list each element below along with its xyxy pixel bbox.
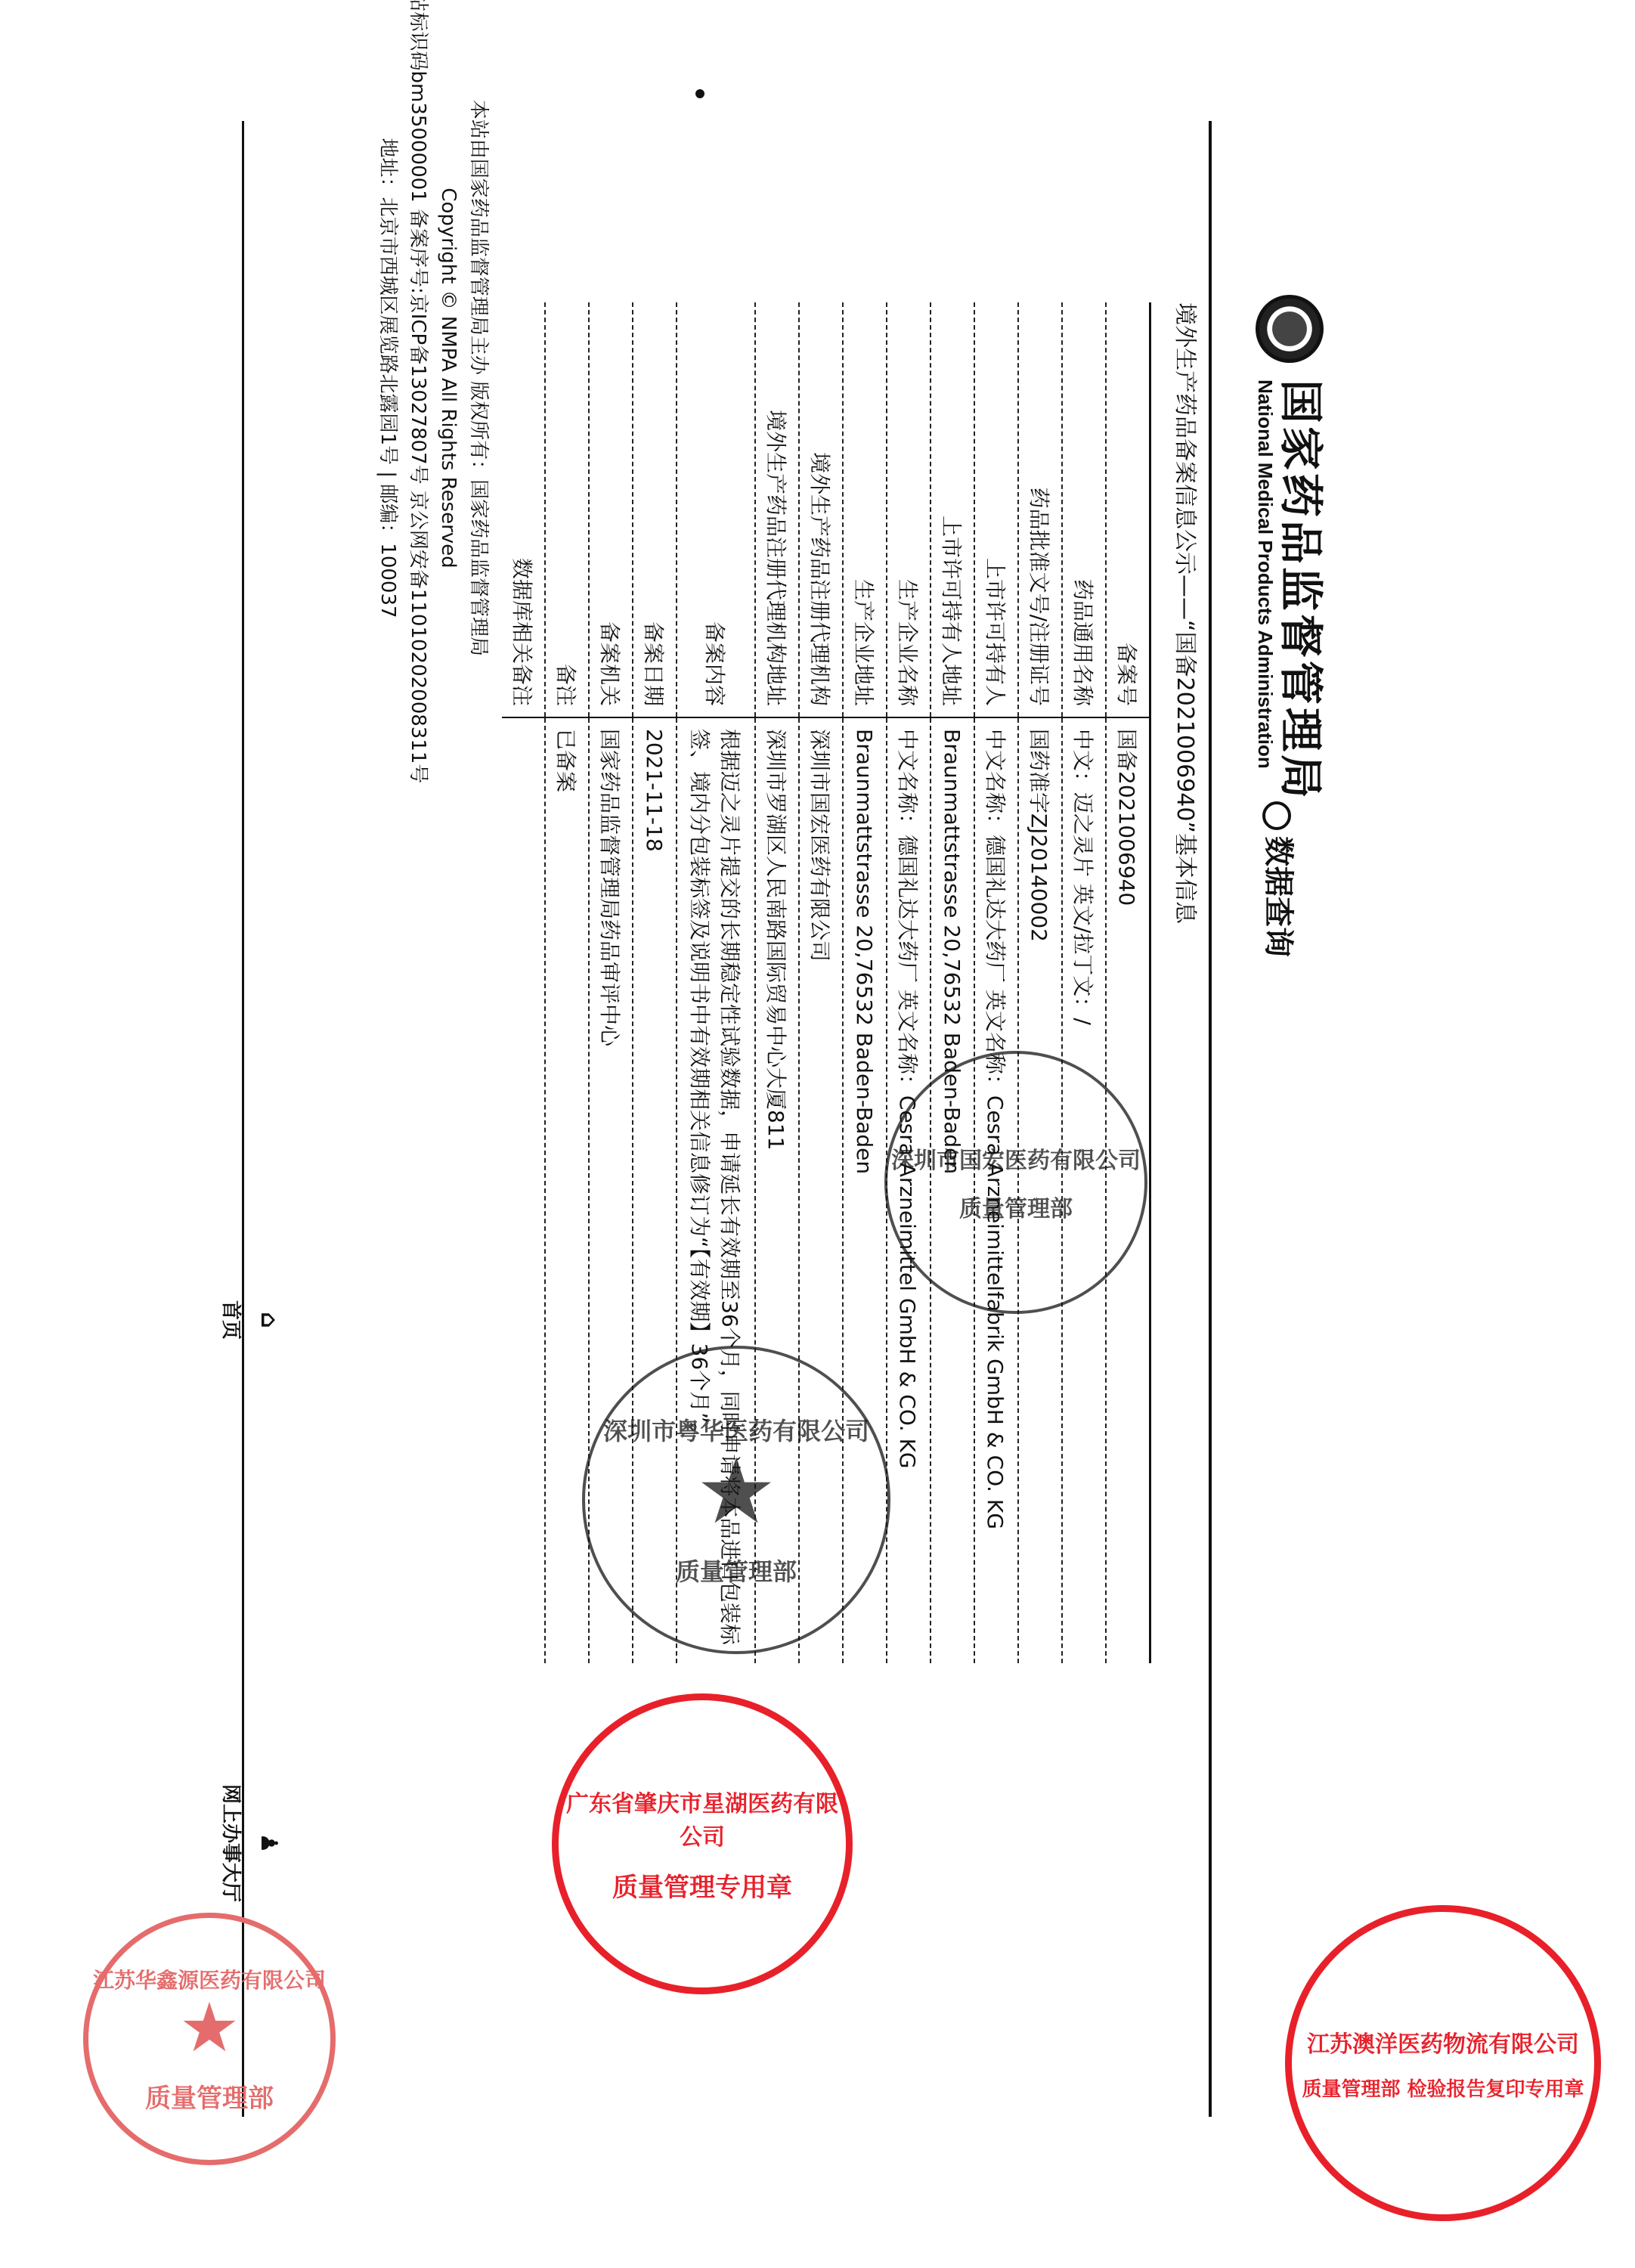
row-label: 药品通用名称 bbox=[1062, 302, 1106, 717]
row-label: 生产企业地址 bbox=[843, 302, 887, 717]
home-icon: ⌂ bbox=[255, 1312, 282, 1328]
nmpa-logo[interactable]: 国家药品监督管理局 National Medical Products Admi… bbox=[1254, 295, 1325, 801]
national-emblem-icon bbox=[1256, 295, 1324, 363]
stamp-aoyang: 江苏澳洋医药物流有限公司质量管理部 检验报告复印专用章 bbox=[1285, 1905, 1601, 2221]
row-label: 上市许可持有人地址 bbox=[931, 302, 974, 717]
stamp-huaxinyuan: 江苏华鑫源医药有限公司★质量管理部 bbox=[83, 1913, 336, 2165]
footer: 本站由国家药品监督管理局主办 版权所有：国家药品监督管理局 Copyright … bbox=[373, 0, 494, 1512]
document-title: 境外生产药品备案信息公示——“国备2021006940”基本信息 bbox=[1171, 302, 1204, 924]
stamp-guohong: 深圳市国宏医药有限公司质量管理部 bbox=[884, 1051, 1147, 1314]
search-icon bbox=[1262, 801, 1291, 830]
row-label: 备案内容 bbox=[677, 302, 755, 717]
row-label: 药品批准文号/注册证号 bbox=[1018, 302, 1062, 717]
service-hall-icon: ♟ bbox=[255, 1833, 282, 1854]
table-row: 备注已备案 bbox=[545, 302, 589, 1663]
row-label: 生产企业名称 bbox=[887, 302, 931, 717]
stamp-red-center: 广东省肇庆市星湖医药有限公司质量管理专用章 bbox=[552, 1693, 853, 1994]
row-label: 备注 bbox=[545, 302, 589, 717]
row-label: 数据库相关备注 bbox=[502, 302, 545, 717]
header-divider bbox=[1209, 121, 1212, 2117]
table-row: 药品批准文号/注册证号国药准字ZJ20140002 bbox=[1018, 302, 1062, 1663]
nav-service-hall[interactable]: ♟ 网上办事大厅 bbox=[218, 1784, 282, 1902]
row-label: 备案日期 bbox=[633, 302, 677, 717]
table-row: 上市许可持有人中文名称：德国礼达大药厂 英文名称：Cesra Arzneimit… bbox=[974, 302, 1018, 1663]
org-name-en: National Medical Products Administration bbox=[1254, 380, 1277, 801]
row-value bbox=[502, 717, 545, 1663]
row-label: 备案号 bbox=[1106, 302, 1150, 717]
table-row: 备案号国备2021006940 bbox=[1106, 302, 1150, 1663]
stamp-yuehua: 深圳市粤华医药有限公司★质量管理部 bbox=[582, 1346, 890, 1654]
table-row: 药品通用名称中文：迈之灵片 英文/拉丁文：/ bbox=[1062, 302, 1106, 1663]
row-label: 境外生产药品注册代理机构 bbox=[799, 302, 843, 717]
table-row: 上市许可持有人地址Braunmattstrasse 20,76532 Baden… bbox=[931, 302, 974, 1663]
row-value: 已备案 bbox=[545, 717, 589, 1663]
nav-home[interactable]: ⌂ 首页 bbox=[218, 1300, 282, 1340]
table-row: 生产企业名称中文名称：德国礼达大药厂 英文名称：Cesra Arzneimitt… bbox=[887, 302, 931, 1663]
row-label: 上市许可持有人 bbox=[974, 302, 1018, 717]
table-row: 数据库相关备注 bbox=[502, 302, 545, 1663]
org-name-cn: 国家药品监督管理局 bbox=[1277, 380, 1325, 801]
data-search-link[interactable]: 数据查询 bbox=[1259, 801, 1302, 957]
scan-speck bbox=[695, 89, 704, 98]
row-label: 境外生产药品注册代理机构地址 bbox=[755, 302, 799, 717]
row-label: 备案机关 bbox=[589, 302, 633, 717]
